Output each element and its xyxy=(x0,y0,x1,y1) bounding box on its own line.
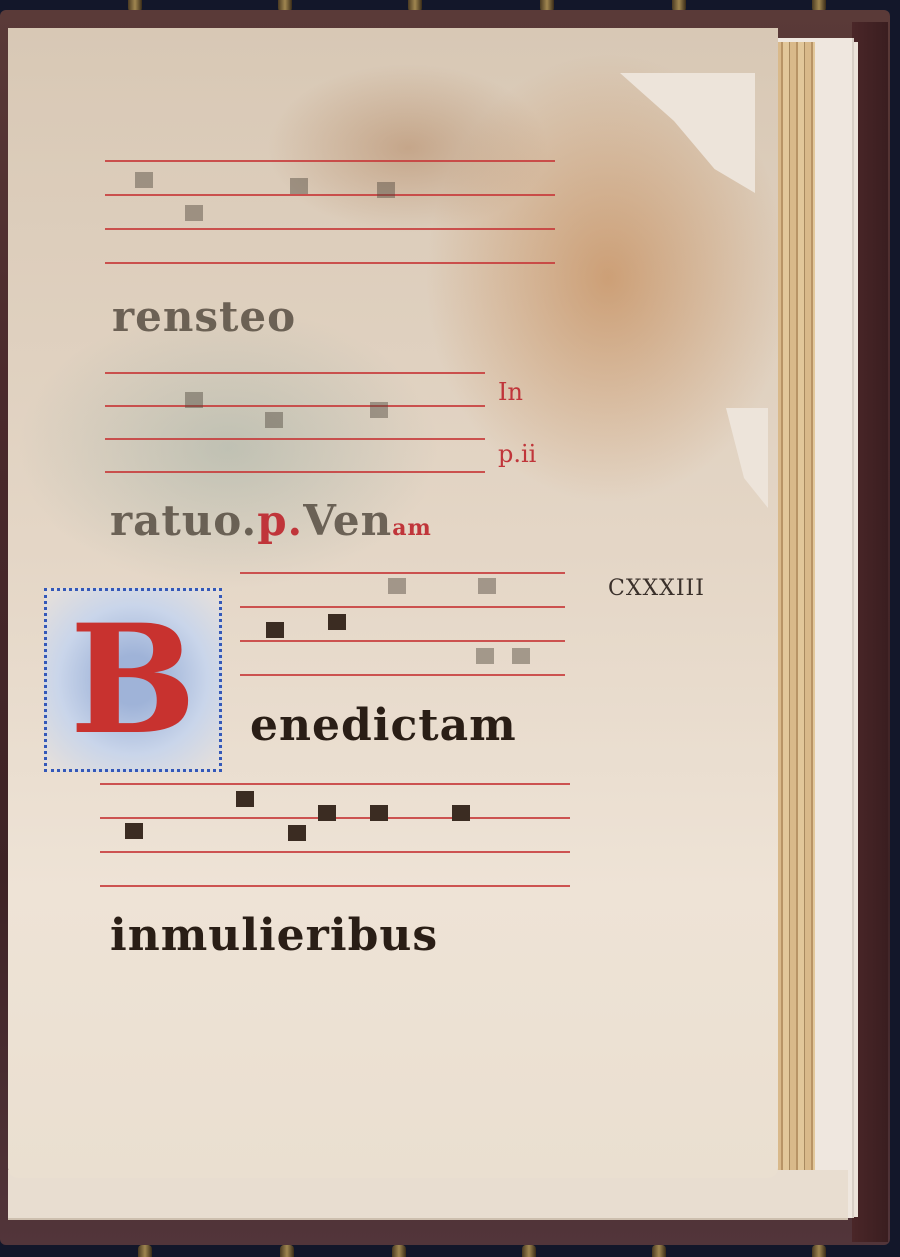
music-staff-4 xyxy=(100,783,570,893)
lyric-line-2-suffix: Ven xyxy=(303,496,392,545)
torn-edge xyxy=(708,408,768,508)
rubric-in: In xyxy=(498,378,523,406)
lyric-line-1: rensteo xyxy=(112,292,296,341)
lyric-line-3: enedictam xyxy=(250,700,517,751)
illuminated-initial: B xyxy=(44,588,222,772)
display-stand-pegs-bottom xyxy=(0,1243,900,1257)
lyric-line-2-end: am xyxy=(392,515,432,541)
lyric-line-2: ratuo.p.Venam xyxy=(110,496,432,545)
lyric-line-2-prefix: ratuo. xyxy=(110,496,257,545)
torn-corner xyxy=(620,73,755,193)
initial-letter-b: B xyxy=(47,591,219,769)
music-staff-3 xyxy=(240,572,565,682)
folio-number: CXXXIII xyxy=(608,576,705,601)
lyric-line-2-rubric: p. xyxy=(257,496,303,545)
lyric-line-4: inmulieribus xyxy=(110,910,438,961)
music-staff-2 xyxy=(105,372,485,477)
music-staff-1 xyxy=(105,160,555,270)
rubric-p-ii: p.ii xyxy=(498,440,536,468)
